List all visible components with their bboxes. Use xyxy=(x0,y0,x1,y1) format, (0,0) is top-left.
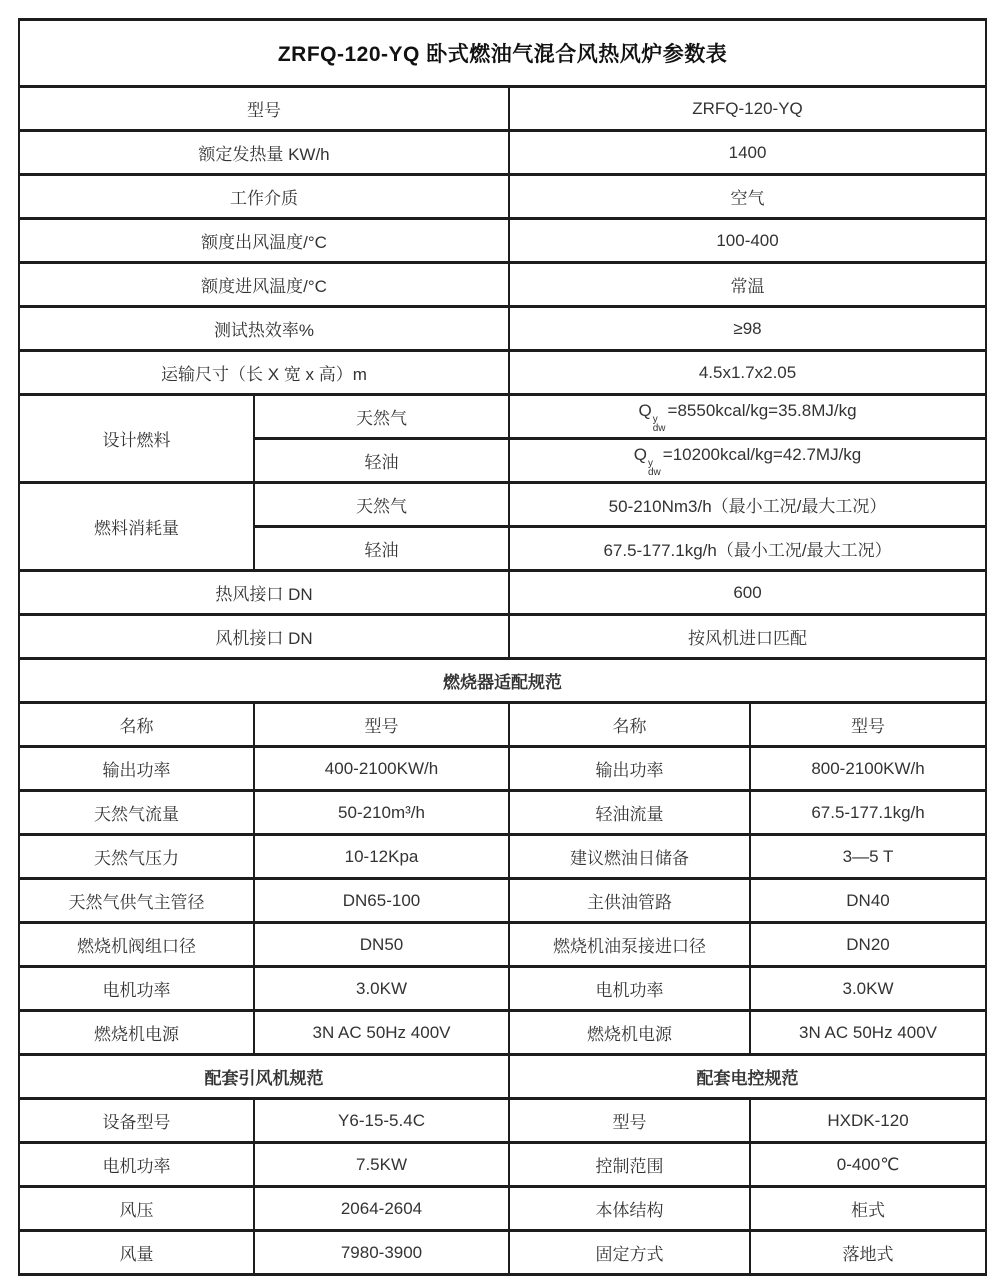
param-label: 风量 xyxy=(19,1231,254,1275)
fuel-sub-label: 天然气 xyxy=(254,483,509,527)
param-value: 3.0KW xyxy=(750,967,986,1011)
param-label: 电机功率 xyxy=(19,1143,254,1187)
fuel-value: 67.5-177.1kg/h（最小工况/最大工况） xyxy=(509,527,986,571)
formula-sub: dw xyxy=(648,468,661,477)
param-value: 50-210m³/h xyxy=(254,791,509,835)
burner-column-header-row: 名称 型号 名称 型号 xyxy=(19,703,986,747)
table-row-medium: 工作介质 空气 xyxy=(19,175,986,219)
param-value: DN40 xyxy=(750,879,986,923)
accessory-row-motor-power: 电机功率 7.5KW 控制范围 0-400℃ xyxy=(19,1143,986,1187)
table-row-rated-heat: 额定发热量 KW/h 1400 xyxy=(19,131,986,175)
table-row-inlet-temp: 额度进风温度/°C 常温 xyxy=(19,263,986,307)
table-title-row: ZRFQ-120-YQ 卧式燃油气混合风热风炉参数表 xyxy=(19,20,986,87)
burner-row-flow: 天然气流量 50-210m³/h 轻油流量 67.5-177.1kg/h xyxy=(19,791,986,835)
param-label: 测试热效率% xyxy=(19,307,509,351)
param-value: 4.5x1.7x2.05 xyxy=(509,351,986,395)
param-label: 天然气压力 xyxy=(19,835,254,879)
accessory-section-header-row: 配套引风机规范 配套电控规范 xyxy=(19,1055,986,1099)
fan-section-title: 配套引风机规范 xyxy=(19,1055,509,1099)
param-label: 风机接口 DN xyxy=(19,615,509,659)
table-title: ZRFQ-120-YQ 卧式燃油气混合风热风炉参数表 xyxy=(19,20,986,87)
formula-sup-sub: ydw xyxy=(653,415,666,433)
param-value: 400-2100KW/h xyxy=(254,747,509,791)
fuel-sub-label: 轻油 xyxy=(254,527,509,571)
param-label: 轻油流量 xyxy=(509,791,750,835)
param-value: ≥98 xyxy=(509,307,986,351)
param-value: 7.5KW xyxy=(254,1143,509,1187)
param-value: DN20 xyxy=(750,923,986,967)
param-value: 落地式 xyxy=(750,1231,986,1275)
param-value: 空气 xyxy=(509,175,986,219)
param-label: 输出功率 xyxy=(509,747,750,791)
table-row-design-fuel-gas: 设计燃料 天然气 Qydw=8550kcal/kg=35.8MJ/kg xyxy=(19,395,986,439)
param-label: 热风接口 DN xyxy=(19,571,509,615)
param-label: 天然气供气主管径 xyxy=(19,879,254,923)
param-label: 天然气流量 xyxy=(19,791,254,835)
param-label: 电机功率 xyxy=(509,967,750,1011)
fuel-sub-label: 天然气 xyxy=(254,395,509,439)
param-label: 额度出风温度/°C xyxy=(19,219,509,263)
control-section-title: 配套电控规范 xyxy=(509,1055,986,1099)
burner-row-output-power: 输出功率 400-2100KW/h 输出功率 800-2100KW/h xyxy=(19,747,986,791)
param-value: DN50 xyxy=(254,923,509,967)
param-value: 2064-2604 xyxy=(254,1187,509,1231)
burner-row-valve: 燃烧机阀组口径 DN50 燃烧机油泵接进口径 DN20 xyxy=(19,923,986,967)
burner-section-header-row: 燃烧器适配规范 xyxy=(19,659,986,703)
param-value: HXDK-120 xyxy=(750,1099,986,1143)
formula-rest: =10200kcal/kg=42.7MJ/kg xyxy=(663,445,861,464)
fuel-value: 50-210Nm3/h（最小工况/最大工况） xyxy=(509,483,986,527)
column-header: 名称 xyxy=(509,703,750,747)
param-label: 型号 xyxy=(19,87,509,131)
param-label: 型号 xyxy=(509,1099,750,1143)
param-value: 7980-3900 xyxy=(254,1231,509,1275)
param-value: 柜式 xyxy=(750,1187,986,1231)
param-value: 600 xyxy=(509,571,986,615)
fuel-sub-label: 轻油 xyxy=(254,439,509,483)
burner-row-main-pipe: 天然气供气主管径 DN65-100 主供油管路 DN40 xyxy=(19,879,986,923)
table-row-transport-size: 运输尺寸（长 X 宽 x 高）m 4.5x1.7x2.05 xyxy=(19,351,986,395)
param-label: 燃烧机电源 xyxy=(509,1011,750,1055)
param-label: 工作介质 xyxy=(19,175,509,219)
param-value: 3—5 T xyxy=(750,835,986,879)
param-value: 1400 xyxy=(509,131,986,175)
param-value: 0-400℃ xyxy=(750,1143,986,1187)
accessory-row-model: 设备型号 Y6-15-5.4C 型号 HXDK-120 xyxy=(19,1099,986,1143)
param-label: 固定方式 xyxy=(509,1231,750,1275)
table-row-outlet-temp: 额度出风温度/°C 100-400 xyxy=(19,219,986,263)
param-value: ZRFQ-120-YQ xyxy=(509,87,986,131)
param-value: 3N AC 50Hz 400V xyxy=(254,1011,509,1055)
accessory-row-pressure: 风压 2064-2604 本体结构 柜式 xyxy=(19,1187,986,1231)
fuel-value-formula: Qydw=8550kcal/kg=35.8MJ/kg xyxy=(509,395,986,439)
param-value: 800-2100KW/h xyxy=(750,747,986,791)
param-value: 67.5-177.1kg/h xyxy=(750,791,986,835)
param-value: Y6-15-5.4C xyxy=(254,1099,509,1143)
param-label: 运输尺寸（长 X 宽 x 高）m xyxy=(19,351,509,395)
burner-row-pressure: 天然气压力 10-12Kpa 建议燃油日储备 3—5 T xyxy=(19,835,986,879)
formula-sub: dw xyxy=(653,424,666,433)
table-row-hot-air-port: 热风接口 DN 600 xyxy=(19,571,986,615)
fuel-group-label: 设计燃料 xyxy=(19,395,254,483)
fuel-value-formula: Qydw=10200kcal/kg=42.7MJ/kg xyxy=(509,439,986,483)
param-value: 100-400 xyxy=(509,219,986,263)
formula-rest: =8550kcal/kg=35.8MJ/kg xyxy=(668,401,857,420)
table-row-fan-port: 风机接口 DN 按风机进口匹配 xyxy=(19,615,986,659)
param-value: 3.0KW xyxy=(254,967,509,1011)
param-value: 常温 xyxy=(509,263,986,307)
param-value: 按风机进口匹配 xyxy=(509,615,986,659)
table-row-efficiency: 测试热效率% ≥98 xyxy=(19,307,986,351)
param-label: 额度进风温度/°C xyxy=(19,263,509,307)
param-label: 风压 xyxy=(19,1187,254,1231)
param-label: 燃烧机阀组口径 xyxy=(19,923,254,967)
column-header: 名称 xyxy=(19,703,254,747)
param-label: 输出功率 xyxy=(19,747,254,791)
spec-table: ZRFQ-120-YQ 卧式燃油气混合风热风炉参数表 型号 ZRFQ-120-Y… xyxy=(18,18,987,1276)
table-row-consumption-gas: 燃料消耗量 天然气 50-210Nm3/h（最小工况/最大工况） xyxy=(19,483,986,527)
param-label: 燃烧机电源 xyxy=(19,1011,254,1055)
page: { "page": { "title": "ZRFQ-120-YQ 卧式燃油气混… xyxy=(0,0,1000,1163)
accessory-row-volume: 风量 7980-3900 固定方式 落地式 xyxy=(19,1231,986,1275)
burner-row-motor-power: 电机功率 3.0KW 电机功率 3.0KW xyxy=(19,967,986,1011)
param-value: DN65-100 xyxy=(254,879,509,923)
param-value: 10-12Kpa xyxy=(254,835,509,879)
formula-sup-sub: ydw xyxy=(648,459,661,477)
param-label: 电机功率 xyxy=(19,967,254,1011)
param-value: 3N AC 50Hz 400V xyxy=(750,1011,986,1055)
column-header: 型号 xyxy=(750,703,986,747)
param-label: 设备型号 xyxy=(19,1099,254,1143)
column-header: 型号 xyxy=(254,703,509,747)
formula-base: Q xyxy=(639,401,652,420)
fuel-group-label: 燃料消耗量 xyxy=(19,483,254,571)
param-label: 本体结构 xyxy=(509,1187,750,1231)
formula-base: Q xyxy=(634,445,647,464)
burner-row-power-supply: 燃烧机电源 3N AC 50Hz 400V 燃烧机电源 3N AC 50Hz 4… xyxy=(19,1011,986,1055)
burner-section-title: 燃烧器适配规范 xyxy=(19,659,986,703)
param-label: 控制范围 xyxy=(509,1143,750,1187)
param-label: 额定发热量 KW/h xyxy=(19,131,509,175)
table-row-model: 型号 ZRFQ-120-YQ xyxy=(19,87,986,131)
param-label: 燃烧机油泵接进口径 xyxy=(509,923,750,967)
param-label: 主供油管路 xyxy=(509,879,750,923)
param-label: 建议燃油日储备 xyxy=(509,835,750,879)
